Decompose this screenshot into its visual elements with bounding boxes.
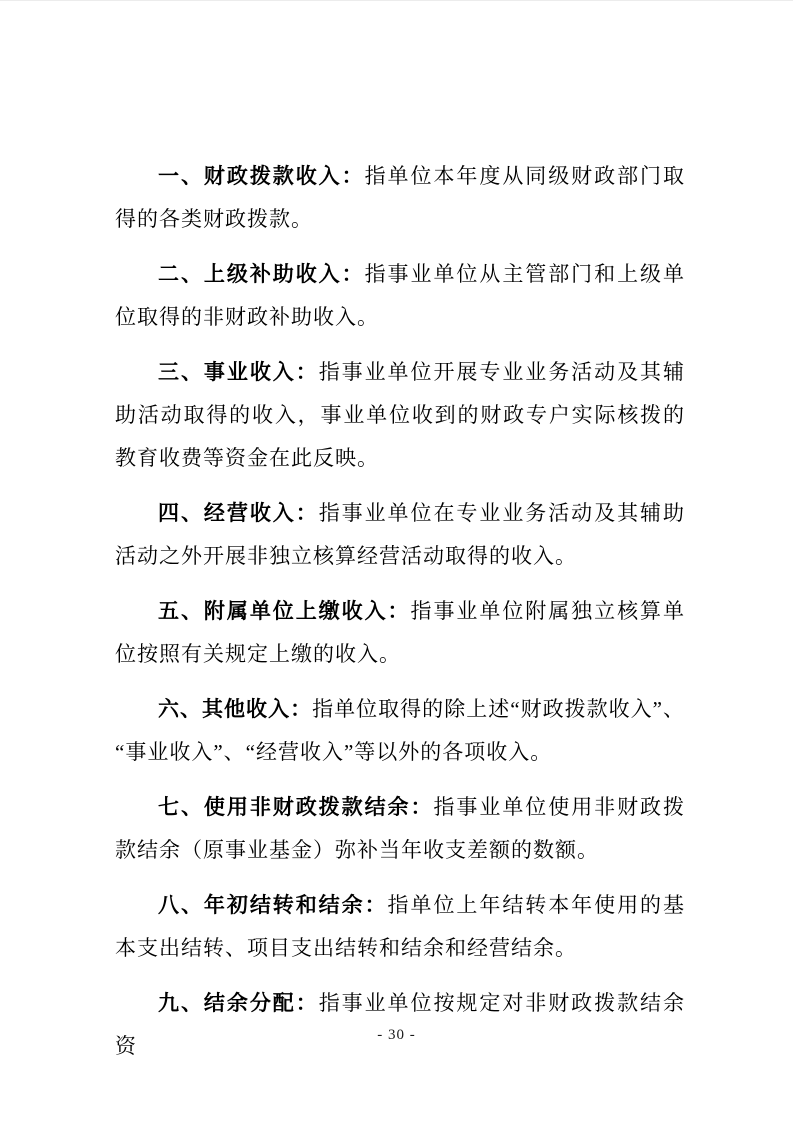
- definition-paragraph-5: 五、附属单位上缴收入：指事业单位附属独立核算单位按照有关规定上缴的收入。: [115, 590, 685, 676]
- term-heading-8: 八、年初结转和结余：: [158, 894, 388, 917]
- page-number: - 30 -: [0, 1025, 793, 1045]
- definition-paragraph-6: 六、其他收入：指单位取得的除上述“财政拨款收入”、“事业收入”、“经营收入”等以…: [115, 688, 685, 774]
- document-page: 一、财政拨款收入：指单位本年度从同级财政部门取得的各类财政拨款。 二、上级补助收…: [0, 1, 793, 1122]
- definition-paragraph-7: 七、使用非财政拨款结余：指事业单位使用非财政拨款结余（原事业基金）弥补当年收支差…: [115, 786, 685, 872]
- term-heading-2: 二、上级补助收入：: [158, 263, 365, 286]
- definition-paragraph-4: 四、经营收入：指事业单位在专业业务活动及其辅助活动之外开展非独立核算经营活动取得…: [115, 492, 685, 578]
- term-heading-9: 九、结余分配：: [158, 992, 319, 1015]
- term-heading-6: 六、其他收入：: [158, 698, 312, 721]
- document-body: 一、财政拨款收入：指单位本年度从同级财政部门取得的各类财政拨款。 二、上级补助收…: [115, 155, 685, 1080]
- term-heading-5: 五、附属单位上缴收入：: [158, 600, 411, 623]
- term-heading-1: 一、财政拨款收入：: [158, 165, 365, 188]
- term-heading-4: 四、经营收入：: [158, 502, 319, 525]
- definition-paragraph-3: 三、事业收入：指事业单位开展专业业务活动及其辅助活动取得的收入，事业单位收到的财…: [115, 351, 685, 480]
- definition-paragraph-1: 一、财政拨款收入：指单位本年度从同级财政部门取得的各类财政拨款。: [115, 155, 685, 241]
- definition-paragraph-8: 八、年初结转和结余：指单位上年结转本年使用的基本支出结转、项目支出结转和结余和经…: [115, 884, 685, 970]
- term-heading-3: 三、事业收入：: [158, 361, 319, 384]
- term-heading-7: 七、使用非财政拨款结余：: [158, 796, 433, 819]
- definition-paragraph-2: 二、上级补助收入：指事业单位从主管部门和上级单位取得的非财政补助收入。: [115, 253, 685, 339]
